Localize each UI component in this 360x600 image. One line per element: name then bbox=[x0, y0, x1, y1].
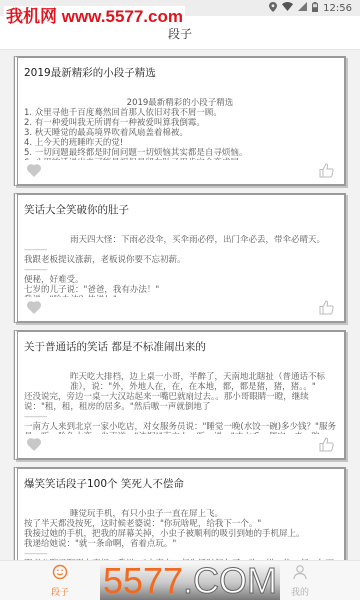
card-body: 2019最新精彩的小段子精选1. 众里寻他千百度蓦然回首那人依旧对我不屑一顾。2… bbox=[24, 98, 344, 160]
status-time: 12:56 bbox=[323, 3, 352, 14]
card-body-line: 我递给她说："就一条命啊，省着点玩。" bbox=[24, 539, 336, 549]
card-title: 笑话大全笑破你的肚子 bbox=[24, 203, 344, 221]
card-title: 关于普通话的笑话 都是不标准闹出来的 bbox=[24, 340, 344, 358]
card-body-line: 睡觉玩手机，有只小虫子一直在屏上飞。 bbox=[24, 509, 336, 519]
thumbs-up-icon[interactable] bbox=[318, 162, 334, 178]
user-profile-icon bbox=[292, 564, 308, 583]
joke-card[interactable]: 2019最新精彩的小段子精选 2019最新精彩的小段子精选1. 众里寻他千百度蓦… bbox=[14, 56, 346, 186]
card-body-line: ——— bbox=[24, 245, 336, 255]
card-body-line: 七岁的儿子说："爸爸，我有办法！" bbox=[24, 285, 336, 295]
card-body-line: 便秘，好难受。 bbox=[24, 275, 336, 285]
card-body-line: ——— bbox=[24, 265, 336, 275]
card-body-line: 按了半天都没按死，这时候老婆说："你玩啥呢，给我下一个。" bbox=[24, 519, 336, 529]
card-footer bbox=[18, 436, 344, 452]
tab-jokes[interactable]: 段子 bbox=[20, 561, 100, 600]
wifi-icon bbox=[282, 2, 293, 14]
card-footer bbox=[18, 299, 344, 315]
card-body-line: 我说："啥办法？快说！" bbox=[24, 295, 336, 297]
thumbs-up-icon[interactable] bbox=[318, 299, 334, 315]
watermark-number: 5577 bbox=[103, 560, 183, 600]
joke-card[interactable]: 笑话大全笑破你的肚子 雨天四大怪：下雨必没伞，买伞雨必停，出门伞必丢，带伞必晴天… bbox=[14, 193, 346, 323]
card-body-line: ——— bbox=[24, 549, 336, 559]
watermark-top: 我机网 www.5577.com bbox=[4, 6, 185, 28]
card-body: 雨天四大怪：下雨必没伞，买伞雨必停，出门伞必丢，带伞必晴天。———我跟老板提议涨… bbox=[24, 235, 344, 297]
card-body-line: 3. 秋天睡觉的最高境界吹着风扇盖着棉被。 bbox=[24, 128, 336, 138]
card-body-line: 我跟老板提议涨薪，老板说你要不忘初薪。 bbox=[24, 255, 336, 265]
watermark-domain: .COM bbox=[183, 560, 277, 600]
joke-card[interactable]: 爆笑笑话段子100个 笑死人不偿命 睡觉玩手机，有只小虫子一直在屏上飞。按了半天… bbox=[14, 467, 346, 560]
heart-icon[interactable] bbox=[26, 436, 42, 452]
card-body: 睡觉玩手机，有只小虫子一直在屏上飞。按了半天都没按死，这时候老婆说："你玩啥呢，… bbox=[24, 509, 344, 560]
card-body-line: 2. 有一种爱叫我无所谓有一种被爱叫算我倒霉。 bbox=[24, 118, 336, 128]
heart-icon[interactable] bbox=[26, 162, 42, 178]
location-icon bbox=[269, 2, 277, 15]
tab-profile-label: 我的 bbox=[291, 585, 309, 598]
card-body-line: 2019最新精彩的小段子精选 bbox=[24, 98, 336, 108]
heart-icon[interactable] bbox=[26, 299, 42, 315]
signal-icon bbox=[298, 2, 307, 14]
card-footer bbox=[18, 162, 344, 178]
card-body-line: 一南方人来到北京一家小吃店，对女服务员说："睡觉一晚(水饺一碗)多少钱？"服务员… bbox=[24, 422, 336, 434]
tab-jokes-label: 段子 bbox=[51, 585, 69, 598]
card-body: 昨天吃大排档，边上桌一小哥，半醉了，天南地北瞎扯（普通话不标准），说："外，外地… bbox=[24, 372, 344, 434]
card-body-line: 6. 心里的话说出来可能是祸但是留在肚子里肯定会变成屎。 bbox=[24, 158, 336, 160]
battery-icon bbox=[312, 2, 318, 15]
card-body-line: 昨天吃大排档，边上桌一小哥，半醉了，天南地北瞎扯（普通话不标准），说："外，外地… bbox=[24, 372, 336, 392]
watermark-bottom: 5577.COM bbox=[100, 562, 280, 600]
card-body-line: 我接过她的手机，把我的屏幕关掉，小虫子被顺利的吸引到她的手机屏上。 bbox=[24, 529, 336, 539]
card-body-line: 还没说完，旁边一桌一大汉站起来一嘴巴就扇过去。。那小哥眼睛一瞪，继续说："租，租… bbox=[24, 392, 336, 412]
thumbs-up-icon[interactable] bbox=[318, 436, 334, 452]
card-body-line: 4. 上今天的班睡昨天的觉! bbox=[24, 138, 336, 148]
joke-feed[interactable]: 2019最新精彩的小段子精选 2019最新精彩的小段子精选1. 众里寻他千百度蓦… bbox=[0, 51, 360, 560]
card-body-line: 雨天四大怪：下雨必没伞，买伞雨必停，出门伞必丢，带伞必晴天。 bbox=[24, 235, 336, 245]
joke-card[interactable]: 关于普通话的笑话 都是不标准闹出来的 昨天吃大排档，边上桌一小哥，半醉了，天南地… bbox=[14, 330, 346, 460]
card-title: 2019最新精彩的小段子精选 bbox=[24, 66, 344, 84]
smiley-face-icon bbox=[52, 564, 68, 583]
card-body-line: 1. 众里寻他千百度蓦然回首那人依旧对我不屑一顾。 bbox=[24, 108, 336, 118]
card-body-line: ——— bbox=[24, 412, 336, 422]
card-title: 爆笑笑话段子100个 笑死人不偿命 bbox=[24, 477, 344, 495]
card-body-line: 5. 一切问题最终都是时间问题一切烦恼其实都是自寻烦恼。 bbox=[24, 148, 336, 158]
